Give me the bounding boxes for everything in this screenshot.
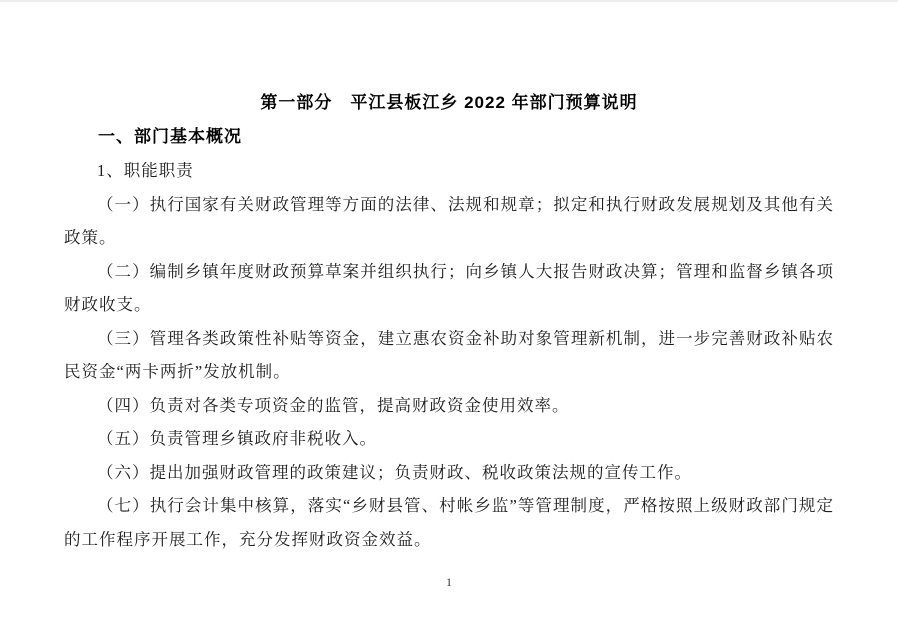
body-paragraph: （七）执行会计集中核算，落实“乡财县管、村帐乡监”等管理制度，严格按照上级财政部…	[64, 489, 834, 556]
document-page: 第一部分 平江县板江乡 2022 年部门预算说明 一、部门基本概况 1、职能职责…	[0, 0, 898, 635]
page-title: 第一部分 平江县板江乡 2022 年部门预算说明	[64, 86, 834, 120]
body-paragraph: （六）提出加强财政管理的政策建议；负责财政、税收政策法规的宣传工作。	[64, 456, 834, 490]
body-paragraph: （三）管理各类政策性补贴等资金，建立惠农资金补助对象管理新机制，进一步完善财政补…	[64, 322, 834, 389]
body-paragraph: （一）执行国家有关财政管理等方面的法律、法规和规章；拟定和执行财政发展规划及其他…	[64, 188, 834, 255]
section-heading: 一、部门基本概况	[64, 120, 834, 154]
body-paragraph: （二）编制乡镇年度财政预算草案并组织执行；向乡镇人大报告财政决算；管理和监督乡镇…	[64, 255, 834, 322]
subsection-heading: 1、职能职责	[64, 154, 834, 188]
page-number: 1	[64, 574, 834, 590]
body-paragraph: （五）负责管理乡镇政府非税收入。	[64, 422, 834, 456]
body-paragraph: （四）负责对各类专项资金的监管，提高财政资金使用效率。	[64, 389, 834, 423]
